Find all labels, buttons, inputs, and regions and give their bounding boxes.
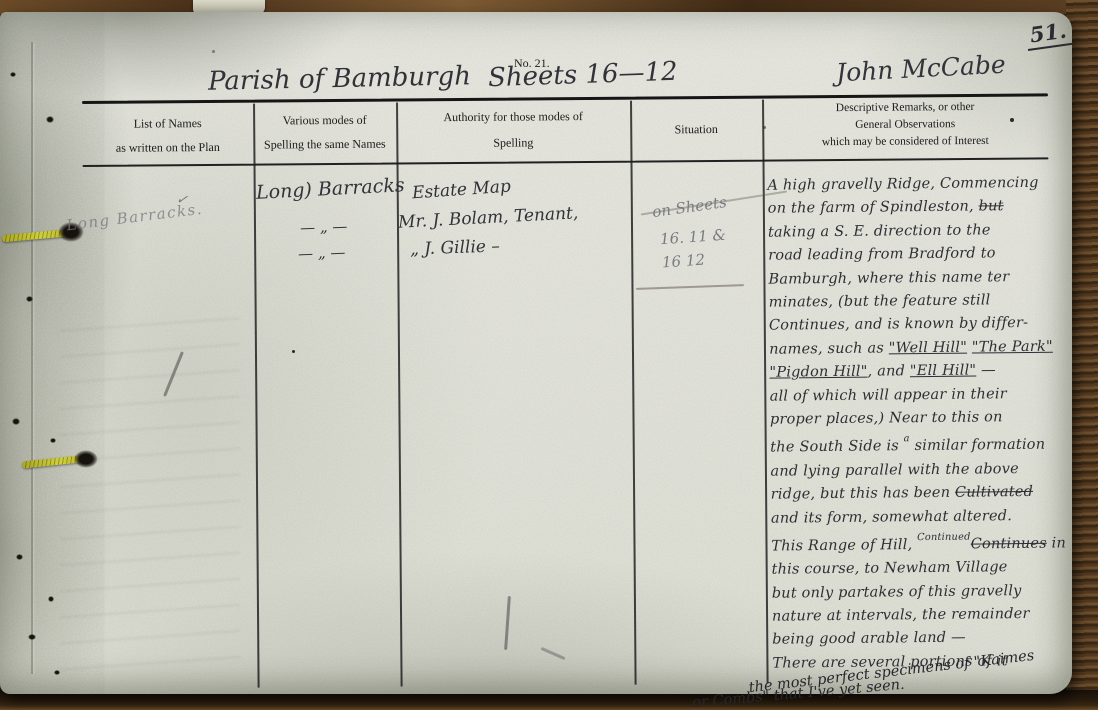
binding-hole [54,670,60,675]
col-header-remarks-line1: Descriptive Remarks, or other [762,100,1048,114]
remarks-block: A high gravelly Ridge, Commencingon the … [767,171,1092,676]
ink-speck [212,50,215,53]
binding-hole [28,634,36,640]
parish-title-script: Parish of Bamburgh [208,61,472,96]
ink-speck [1010,118,1014,122]
binding-hole [16,554,23,560]
photo-background: 51. No. 21. Parish of Bamburgh Sheets 16… [0,0,1098,710]
binding-hole [12,418,20,425]
col-header-modes-line2: Spelling the same Names [253,137,396,153]
binding-crease [31,42,33,674]
ledger-page: 51. No. 21. Parish of Bamburgh Sheets 16… [0,12,1072,694]
binding-hole [46,116,54,123]
ditto-mark: — „ — [300,217,348,237]
col-header-authority-line2: Spelling [396,135,630,152]
examiner-signature: John McCabe [835,50,1006,88]
col-header-remarks-line2: General Observations [762,117,1048,131]
col-header-situation: Situation [630,122,762,138]
binding-hole [26,296,33,302]
col-header-modes-line1: Various modes of [253,113,396,129]
page-number: 51. [1024,17,1072,51]
binding-hole [50,438,56,443]
sheets-script: Sheets 16—12 [488,57,678,94]
col-header-names-line1: List of Names [82,116,253,132]
col-header-remarks-line3: which may be considered of Interest [762,134,1048,148]
situation-line: 16 12 [661,251,705,272]
ink-speck [763,126,766,129]
ditto-mark: — „ — [298,243,346,263]
authority-line: „ J. Gillie – [410,236,500,259]
column-divider [630,101,637,685]
ink-speck [292,350,295,353]
col-header-authority-line1: Authority for those modes of [396,109,630,126]
binding-hole [10,72,16,77]
table-header-rule [83,157,1049,167]
col-header-names-line2: as written on the Plan [82,140,253,156]
binding-hole [48,596,54,602]
